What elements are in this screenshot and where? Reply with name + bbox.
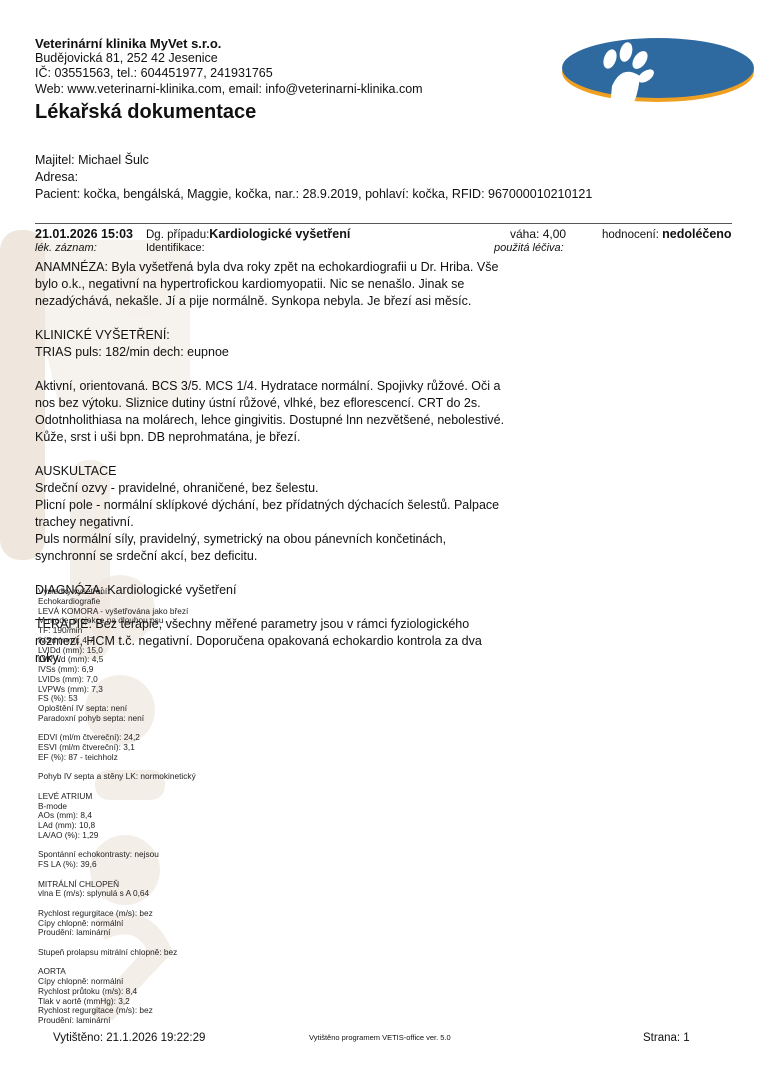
results-group: Výsledky vyšetření: Echokardiografie LEV… <box>38 587 196 724</box>
printed-timestamp: Vytištěno: 21.1.2026 19:22:29 <box>53 1032 205 1044</box>
patient-line: Pacient: kočka, bengálská, Maggie, kočka… <box>35 186 592 203</box>
record-diagnosis: Dg. případu:Kardiologické vyšetření <box>146 227 350 242</box>
owner-line: Majitel: Michael Šulc <box>35 152 592 169</box>
results-group: Spontánní echokontrasty: nejsou FS LA (%… <box>38 850 196 870</box>
exam-results: Výsledky vyšetření: Echokardiografie LEV… <box>38 587 196 1036</box>
dg-label: Dg. případu: <box>146 229 209 241</box>
page-title: Lékařská dokumentace <box>35 101 256 124</box>
record-rating: hodnocení: nedoléčeno <box>602 227 732 242</box>
clinical-exam-section: KLINICKÉ VYŠETŘENÍ: TRIAS puls: 182/min … <box>35 327 505 361</box>
rating-value: nedoléčeno <box>662 227 731 241</box>
identification-label: Identifikace: <box>146 242 205 255</box>
results-group: LEVÉ ATRIUM B-mode AOs (mm): 8,4 LAd (mm… <box>38 792 196 841</box>
results-group: AORTA Cípy chlopně: normální Rychlost pr… <box>38 967 196 1026</box>
owner-address: Adresa: <box>35 169 592 186</box>
record-divider <box>35 223 732 224</box>
page-number: Strana: 1 <box>643 1032 690 1044</box>
record-weight: váha: 4,00 <box>510 227 566 241</box>
results-group: Stupeň prolapsu mitrální chlopně: bez <box>38 948 196 958</box>
owner-info: Majitel: Michael Šulc Adresa: Pacient: k… <box>35 152 592 203</box>
results-group: Rychlost regurgitace (m/s): bez Cípy chl… <box>38 909 196 938</box>
rating-label: hodnocení: <box>602 229 662 241</box>
record-label: lék. záznam: <box>35 242 97 255</box>
auscultation-section: AUSKULTACE Srdeční ozvy - pravidelné, oh… <box>35 463 505 565</box>
results-group: MITRÁLNÍ CHLOPEŇ vlna E (m/s): splynulá … <box>38 880 196 900</box>
paw-logo-icon <box>560 34 756 104</box>
clinic-name: Veterinární klinika MyVet s.r.o. <box>35 36 423 51</box>
printed-by-program: Vytištěno programem VETIS-office ver. 5.… <box>309 1033 451 1042</box>
drugs-label: použitá léčiva: <box>494 242 564 255</box>
anamnesis-section: ANAMNÉZA: Byla vyšetřená byla dva roky z… <box>35 259 505 310</box>
results-group: Pohyb IV septa a stěny LK: normokinetick… <box>38 772 196 782</box>
clinic-header: Veterinární klinika MyVet s.r.o. Budějov… <box>35 36 423 97</box>
clinic-ids: IČ: 03551563, tel.: 604451977, 241931765 <box>35 66 423 81</box>
clinic-address: Budějovická 81, 252 42 Jesenice <box>35 51 423 66</box>
results-group: EDVI (ml/m čtvereční): 24,2 ESVI (ml/m č… <box>38 733 196 762</box>
medical-document-page: Veterinární klinika MyVet s.r.o. Budějov… <box>0 0 765 1080</box>
clinic-web: Web: www.veterinarni-klinika.com, email:… <box>35 82 423 97</box>
record-datetime: 21.01.2026 15:03 <box>35 227 133 241</box>
clinical-detail-section: Aktivní, orientovaná. BCS 3/5. MCS 1/4. … <box>35 378 505 446</box>
dg-value: Kardiologické vyšetření <box>209 227 350 241</box>
